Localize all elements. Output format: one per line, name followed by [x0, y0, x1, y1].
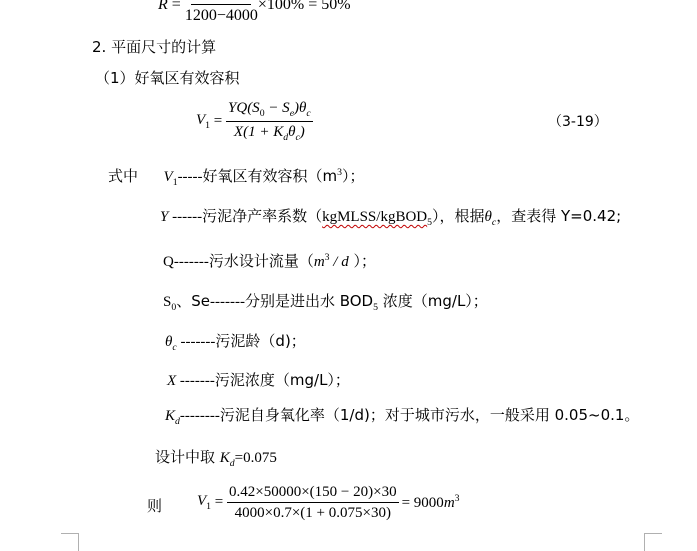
symbol-q: Q: [163, 254, 174, 270]
subsection-heading: （1）好氧区有效容积: [95, 67, 240, 88]
formula-r-denominator: 1200−4000: [185, 5, 258, 25]
equals-sign: =: [210, 113, 226, 130]
symbol-kd: Kd: [165, 408, 180, 424]
symbol-v1: V1: [164, 169, 178, 185]
formula-v1-numerator: YQ(S0 − Se)θc: [226, 100, 313, 122]
definition-intro: 式中: [108, 167, 138, 185]
unit-kgmlss-kgbod: kgMLSS/kgBOD5: [322, 209, 432, 225]
formula-result: V1 = 0.42×50000×(150 − 20)×30 4000×0.7×(…: [197, 484, 460, 521]
definition-v1: 式中 V1-----好氧区有效容积（m3）；: [108, 165, 365, 188]
formula-result-denominator: 4000×0.7×(1 + 0.075×30): [235, 503, 391, 522]
symbol-s0: S0: [163, 294, 176, 310]
section-heading: 2. 平面尺寸的计算: [92, 36, 216, 57]
formula-result-numerator: 0.42×50000×(150 − 20)×30: [227, 484, 399, 503]
definition-q: Q-------污水设计流量（m3 / d ）；: [163, 250, 376, 271]
symbol-theta: θc: [165, 334, 177, 350]
formula-v1-denominator: X(1 + Kdθc): [234, 122, 305, 144]
unit-flow: m3 / d: [314, 254, 349, 270]
kd-value: =0.075: [235, 450, 277, 466]
formula-result-fraction: 0.42×50000×(150 − 20)×30 4000×0.7×(1 + 0…: [227, 484, 399, 521]
formula-r-fraction: 4000 1200−4000: [185, 0, 258, 25]
formula-v1-lhs: V1: [196, 112, 210, 131]
margin-corner-left: [61, 533, 79, 551]
formula-v1-fraction: YQ(S0 − Se)θc X(1 + Kdθc): [226, 100, 313, 143]
margin-corner-right: [644, 533, 662, 551]
formula-v1: V1 = YQ(S0 − Se)θc X(1 + Kdθc): [196, 100, 313, 143]
formula-r: R = 4000 1200−4000 ×100% = 50%: [158, 0, 351, 28]
formula-r-tail: ×100% = 50%: [258, 0, 351, 14]
equals-sign: =: [211, 494, 227, 511]
result-prefix: 则: [147, 495, 162, 516]
design-choice: 设计中取 Kd=0.075: [155, 446, 277, 469]
equation-number: （3-19）: [548, 111, 608, 131]
symbol-theta-c: θc: [485, 209, 497, 225]
definition-x: X -------污泥浓度（mg/L）；: [167, 369, 350, 390]
definition-theta: θc -------污泥龄（d)；: [165, 330, 306, 353]
symbol-kd: Kd: [220, 450, 235, 466]
definition-s: S0、Se-------分别是进出水 BOD5 浓度（mg/L）；: [163, 290, 488, 313]
equals-sign: =: [168, 0, 185, 14]
definition-kd: Kd--------污泥自身氧化率（1/d)；对于城市污水，一般采用 0.05~…: [165, 404, 639, 427]
formula-result-value: = 9000m3: [402, 493, 460, 512]
formula-r-lhs: R: [158, 0, 168, 14]
formula-result-lhs: V1: [197, 493, 211, 512]
definition-y: Y ------污泥净产率系数（kgMLSS/kgBOD5），根据θc，查表得 …: [160, 205, 621, 228]
symbol-x: X: [167, 373, 176, 389]
